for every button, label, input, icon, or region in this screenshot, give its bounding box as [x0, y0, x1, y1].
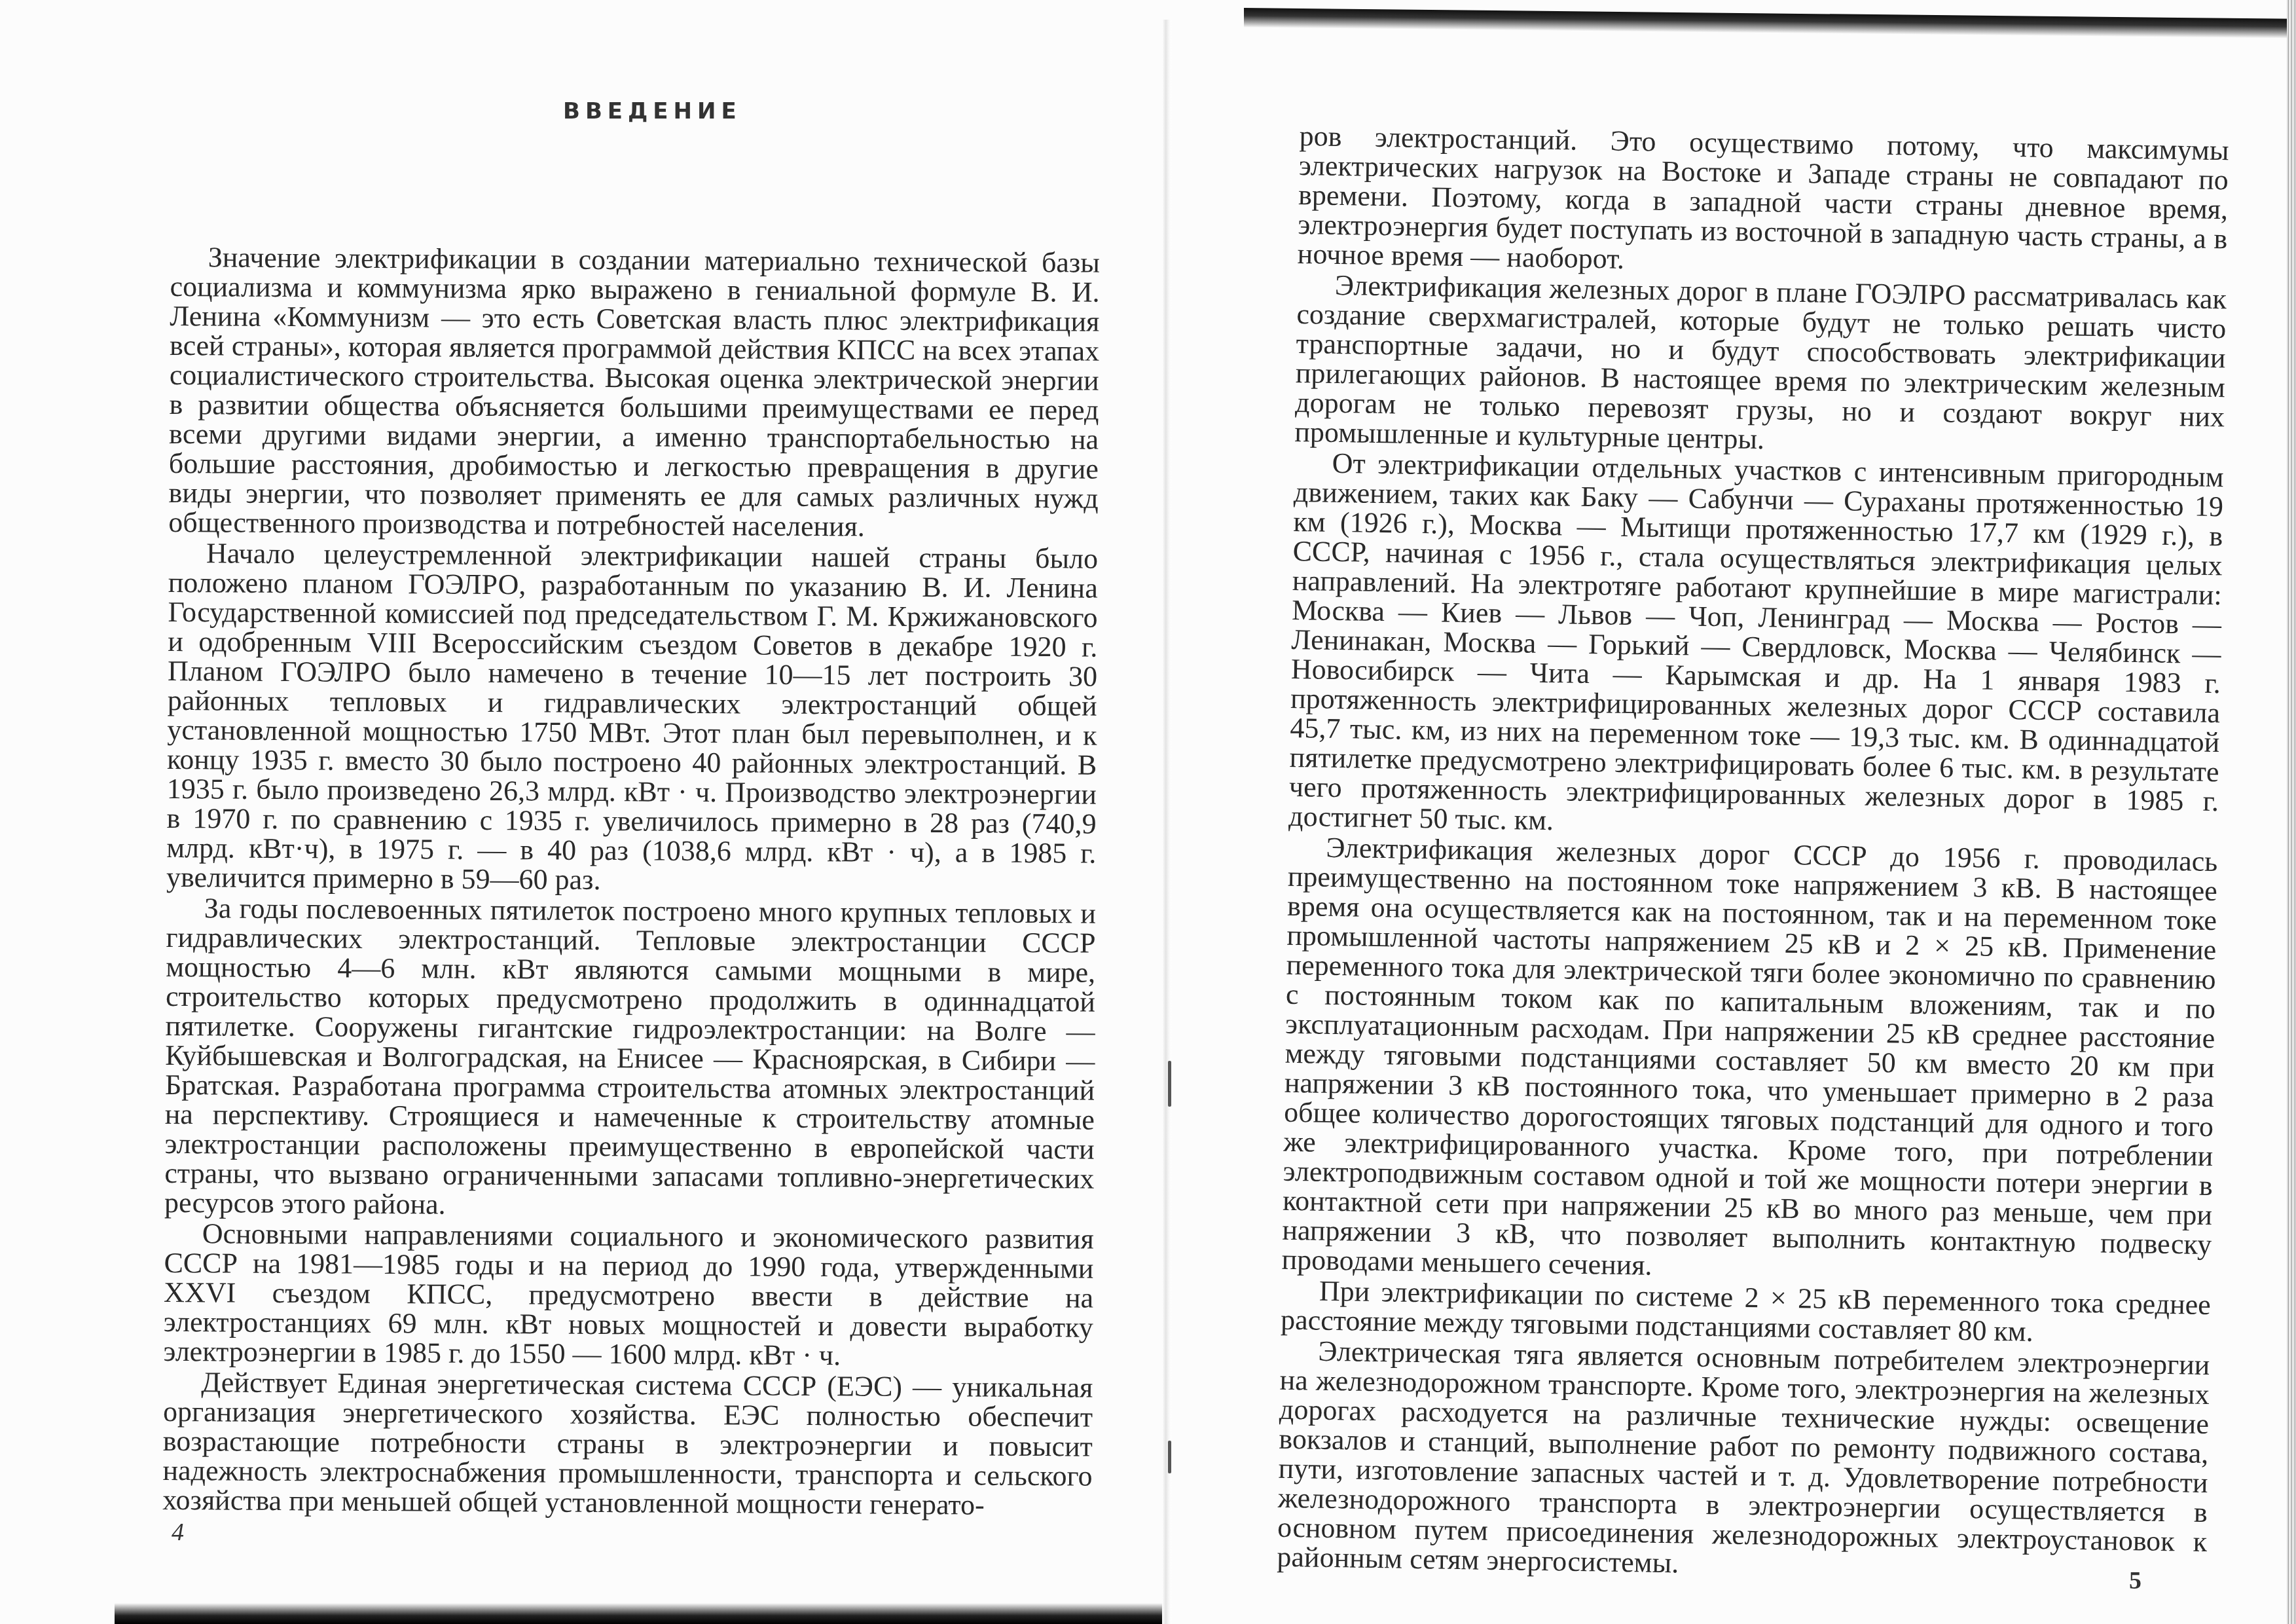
book-spread: ВВЕДЕНИЕ Значение электрификации в созда…	[0, 0, 2296, 1624]
paragraph: Основными направлениями социального и эк…	[164, 1219, 1094, 1372]
left-page: ВВЕДЕНИЕ Значение электрификации в созда…	[0, 0, 1172, 1624]
paragraph: ров электростанций. Это осуществимо пото…	[1297, 121, 2229, 283]
binding-mark	[1168, 1061, 1171, 1107]
left-page-text: Значение электрификации в создании матер…	[162, 242, 1100, 1521]
paragraph: Электрификация железных дорог в плане ГО…	[1294, 270, 2227, 461]
binding-mark	[1168, 1441, 1171, 1473]
book-gutter	[1162, 20, 1171, 1624]
paragraph: Значение электрификации в создании матер…	[168, 242, 1100, 543]
chapter-title: ВВЕДЕНИЕ	[563, 98, 742, 124]
scan-shadow-bottom	[115, 1603, 1162, 1624]
page-number: 4	[172, 1518, 184, 1547]
paragraph: От электрификации отдельных участков с и…	[1288, 448, 2224, 845]
right-page-text: ров электростанций. Это осуществимо пото…	[1277, 121, 2229, 1586]
page-number: 5	[2129, 1566, 2141, 1595]
paragraph: За годы послевоенных пятилеток построено…	[164, 893, 1096, 1223]
paragraph: Электрификация железных дорог СССР до 19…	[1281, 832, 2217, 1289]
paragraph: Электрическая тяга является основным пот…	[1277, 1336, 2210, 1586]
paragraph: Начало целеустремленной электрификации н…	[166, 538, 1098, 898]
paragraph: Действует Единая энергетическая система …	[162, 1367, 1093, 1521]
page-edge	[2287, 0, 2296, 1624]
